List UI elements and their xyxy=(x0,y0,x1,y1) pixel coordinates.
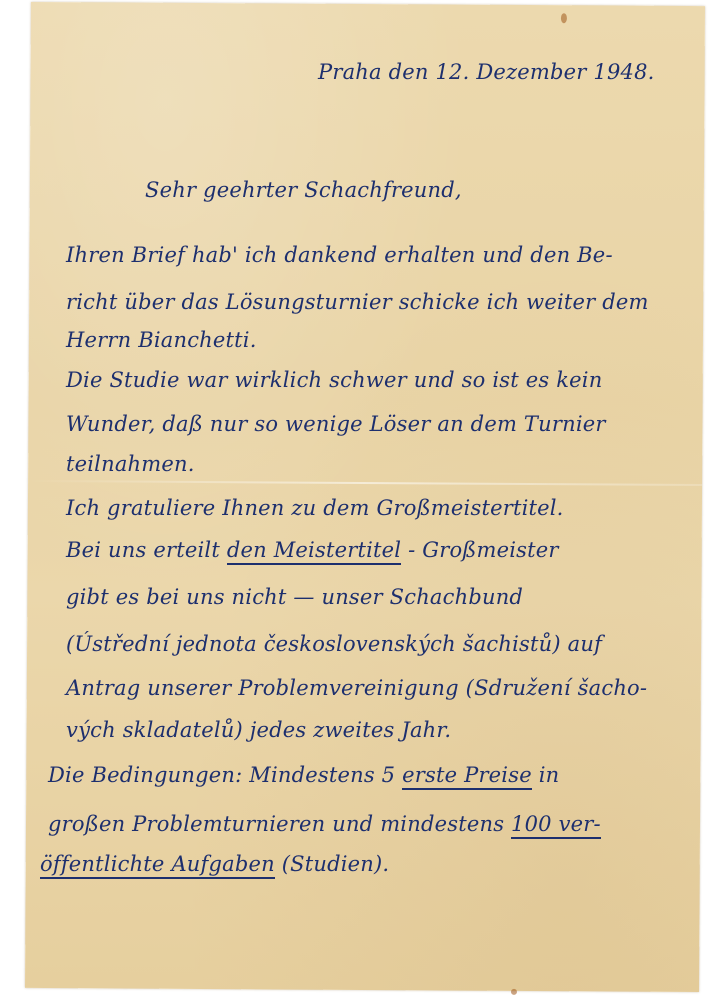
letter-line: vých skladatelů) jedes zweites Jahr. xyxy=(66,718,451,742)
text-segment: großen Problemturnieren und mindestens xyxy=(48,812,511,836)
letter-line: (Ústřední jednota československých šachi… xyxy=(66,632,602,656)
text-segment: Die Bedingungen: Mindestens 5 xyxy=(48,763,402,787)
letter-line: Antrag unserer Problemvereinigung (Sdruž… xyxy=(66,676,647,700)
underlined-veroeffentlichte-aufgaben: öffentlichte Aufgaben xyxy=(40,852,275,879)
place-date: Praha den 12. Dezember 1948. xyxy=(318,60,655,84)
text-segment: - Großmeister xyxy=(401,538,558,562)
underlined-meistertitel: den Meistertitel xyxy=(227,538,401,565)
letter-line: öffentlichte Aufgaben (Studien). xyxy=(40,852,389,876)
text-segment: Bei uns erteilt xyxy=(66,538,227,562)
text-segment: (Studien). xyxy=(275,852,389,876)
salutation: Sehr geehrter Schachfreund, xyxy=(145,178,462,202)
paper-fold-crease xyxy=(28,480,702,486)
letter-line: Die Bedingungen: Mindestens 5 erste Prei… xyxy=(48,763,559,787)
letter-line: teilnahmen. xyxy=(66,452,195,476)
letter-line: Die Studie war wirklich schwer und so is… xyxy=(66,368,602,392)
paper-stain xyxy=(511,989,517,995)
letter-line: Herrn Bianchetti. xyxy=(66,328,257,352)
paper-stain xyxy=(561,13,567,23)
letter-line: großen Problemturnieren und mindestens 1… xyxy=(48,812,601,836)
text-segment: in xyxy=(532,763,560,787)
letter-line: gibt es bei uns nicht — unser Schachbund xyxy=(66,585,523,609)
letter-line: Ihren Brief hab' ich dankend erhalten un… xyxy=(66,243,613,267)
letter-line: Bei uns erteilt den Meistertitel - Großm… xyxy=(66,538,559,562)
letter-line: richt über das Lösungsturnier schicke ic… xyxy=(66,290,649,314)
underlined-erste-preise: erste Preise xyxy=(402,763,532,790)
letter-line: Ich gratuliere Ihnen zu dem Großmeistert… xyxy=(66,496,564,520)
underlined-100-ver: 100 ver- xyxy=(511,812,601,839)
letter-line: Wunder, daß nur so wenige Löser an dem T… xyxy=(66,412,606,436)
